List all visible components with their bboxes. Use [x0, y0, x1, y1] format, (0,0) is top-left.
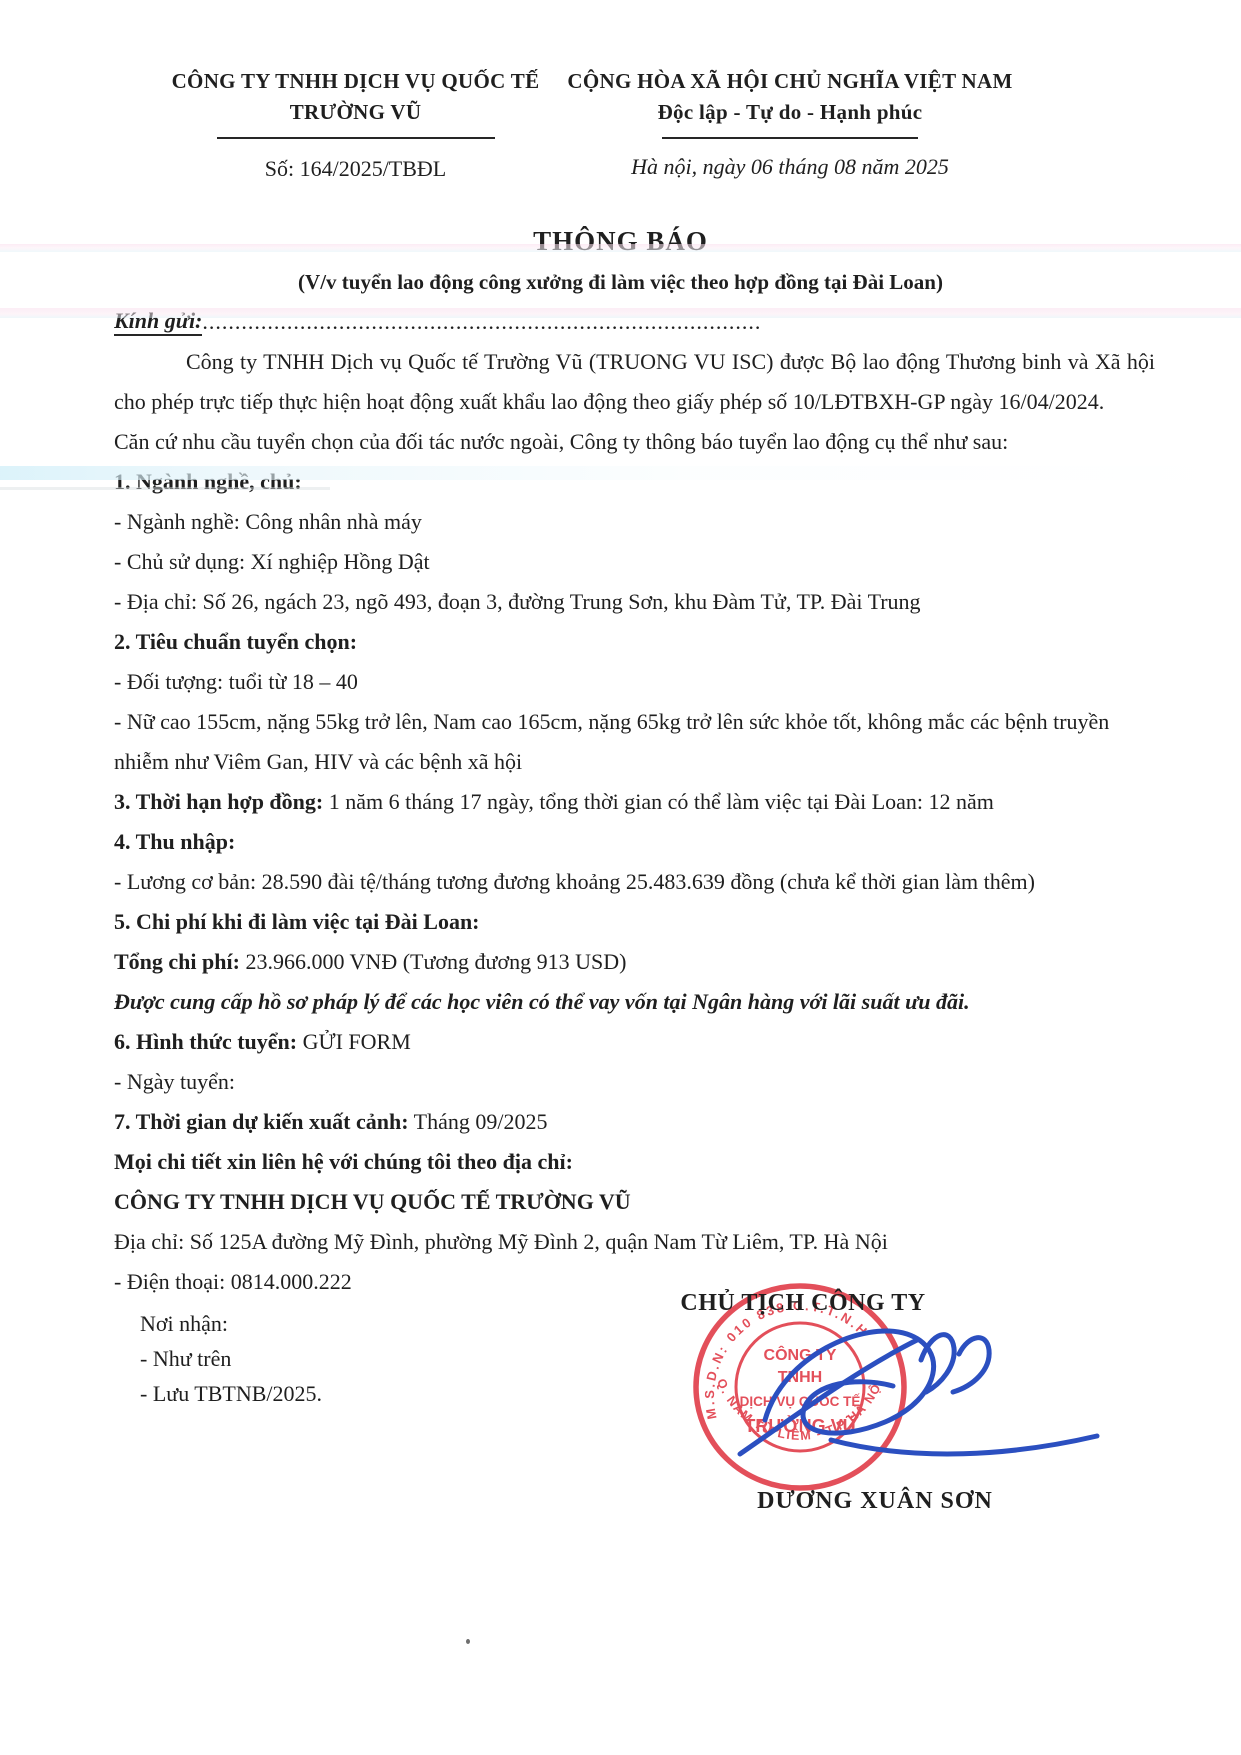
signature-stroke — [953, 1338, 989, 1392]
handwritten-signature — [735, 1312, 1105, 1467]
salutation-label: Kính gửi: — [114, 308, 202, 336]
section-4-item: - Lương cơ bản: 28.590 đài tệ/tháng tươn… — [114, 862, 1155, 902]
recipients-item: - Lưu TBTNB/2025. — [140, 1376, 322, 1411]
section-3-text: 1 năm 6 tháng 17 ngày, tổng thời gian có… — [323, 789, 994, 814]
company-header-block: CÔNG TY TNHH DỊCH VỤ QUỐC TẾ TRƯỜNG VŨ S… — [128, 66, 583, 182]
contact-address-line: Địa chỉ: Số 125A đường Mỹ Đình, phường M… — [114, 1222, 1155, 1262]
signer-name: DƯƠNG XUÂN SƠN — [660, 1488, 1090, 1515]
ink-spot — [466, 1639, 470, 1644]
section-5-heading: 5. Chi phí khi đi làm việc tại Đài Loan: — [114, 902, 1155, 942]
national-header-underline — [662, 137, 918, 139]
company-name-line2: TRƯỜNG VŨ — [128, 97, 583, 128]
total-cost-text: 23.966.000 VNĐ (Tương đương 913 USD) — [240, 949, 626, 974]
total-cost-label: Tổng chi phí: — [114, 949, 240, 974]
contact-company-line: CÔNG TY TNHH DỊCH VỤ QUỐC TẾ TRƯỜNG VŨ — [114, 1182, 1155, 1222]
section-2-item: - Đối tượng: tuổi từ 18 – 40 — [114, 662, 1155, 702]
section-1-item: - Địa chỉ: Số 26, ngách 23, ngõ 493, đoạ… — [114, 582, 1155, 622]
company-name-line1: CÔNG TY TNHH DỊCH VỤ QUỐC TẾ — [128, 66, 583, 97]
national-header-block: CỘNG HÒA XÃ HỘI CHỦ NGHĨA VIỆT NAM Độc l… — [553, 66, 1027, 180]
total-cost-line: Tổng chi phí: 23.966.000 VNĐ (Tương đươn… — [114, 942, 1155, 982]
intro-paragraph: Công ty TNHH Dịch vụ Quốc tế Trường Vũ (… — [114, 342, 1155, 422]
section-1-item: - Chủ sử dụng: Xí nghiệp Hồng Dật — [114, 542, 1155, 582]
document-number: Số: 164/2025/TBĐL — [128, 156, 583, 182]
company-header-underline — [217, 137, 495, 139]
section-2-heading: 2. Tiêu chuẩn tuyển chọn: — [114, 622, 1155, 662]
salutation-dotted-line: ........................................… — [202, 302, 760, 342]
section-7-label: 7. Thời gian dự kiến xuất cảnh: — [114, 1109, 409, 1134]
recruit-date-line: - Ngày tuyển: — [114, 1062, 1155, 1102]
document-title: THÔNG BÁO — [0, 226, 1241, 257]
basis-paragraph: Căn cứ nhu cầu tuyển chọn của đối tác nư… — [114, 422, 1155, 462]
national-motto-line2: Độc lập - Tự do - Hạnh phúc — [553, 97, 1027, 128]
national-motto-line1: CỘNG HÒA XÃ HỘI CHỦ NGHĨA VIỆT NAM — [553, 66, 1027, 97]
section-3-line: 3. Thời hạn hợp đồng: 1 năm 6 tháng 17 n… — [114, 782, 1155, 822]
document-subtitle: (V/v tuyển lao động công xưởng đi làm vi… — [0, 270, 1241, 295]
section-4-heading: 4. Thu nhập: — [114, 822, 1155, 862]
section-1-heading: 1. Ngành nghề, chủ: — [114, 462, 1155, 502]
section-7-line: 7. Thời gian dự kiến xuất cảnh: Tháng 09… — [114, 1102, 1155, 1142]
signature-stroke — [740, 1340, 917, 1454]
document-page: CÔNG TY TNHH DỊCH VỤ QUỐC TẾ TRƯỜNG VŨ S… — [0, 0, 1241, 1755]
recipients-block: Nơi nhận: - Như trên - Lưu TBTNB/2025. — [140, 1306, 322, 1411]
section-3-label: 3. Thời hạn hợp đồng: — [114, 789, 323, 814]
section-7-text: Tháng 09/2025 — [409, 1109, 548, 1134]
salutation-line: Kính gửi:...............................… — [114, 301, 1155, 342]
recipients-item: - Như trên — [140, 1341, 322, 1376]
section-2-item: - Nữ cao 155cm, nặng 55kg trở lên, Nam c… — [114, 702, 1155, 782]
section-1-item: - Ngành nghề: Công nhân nhà máy — [114, 502, 1155, 542]
contact-lead-line: Mọi chi tiết xin liên hệ với chúng tôi t… — [114, 1142, 1155, 1182]
recipients-label: Nơi nhận: — [140, 1306, 322, 1341]
signature-stroke — [831, 1436, 1097, 1454]
loan-note-line: Được cung cấp hồ sơ pháp lý để các học v… — [114, 982, 1155, 1022]
issue-date-line: Hà nội, ngày 06 tháng 08 năm 2025 — [553, 154, 1027, 180]
section-6-label: 6. Hình thức tuyển: — [114, 1029, 297, 1054]
document-header: CÔNG TY TNHH DỊCH VỤ QUỐC TẾ TRƯỜNG VŨ S… — [0, 66, 1241, 204]
document-body: Kính gửi:...............................… — [0, 295, 1241, 1302]
section-6-line: 6. Hình thức tuyển: GỬI FORM — [114, 1022, 1155, 1062]
section-6-text: GỬI FORM — [297, 1029, 411, 1054]
